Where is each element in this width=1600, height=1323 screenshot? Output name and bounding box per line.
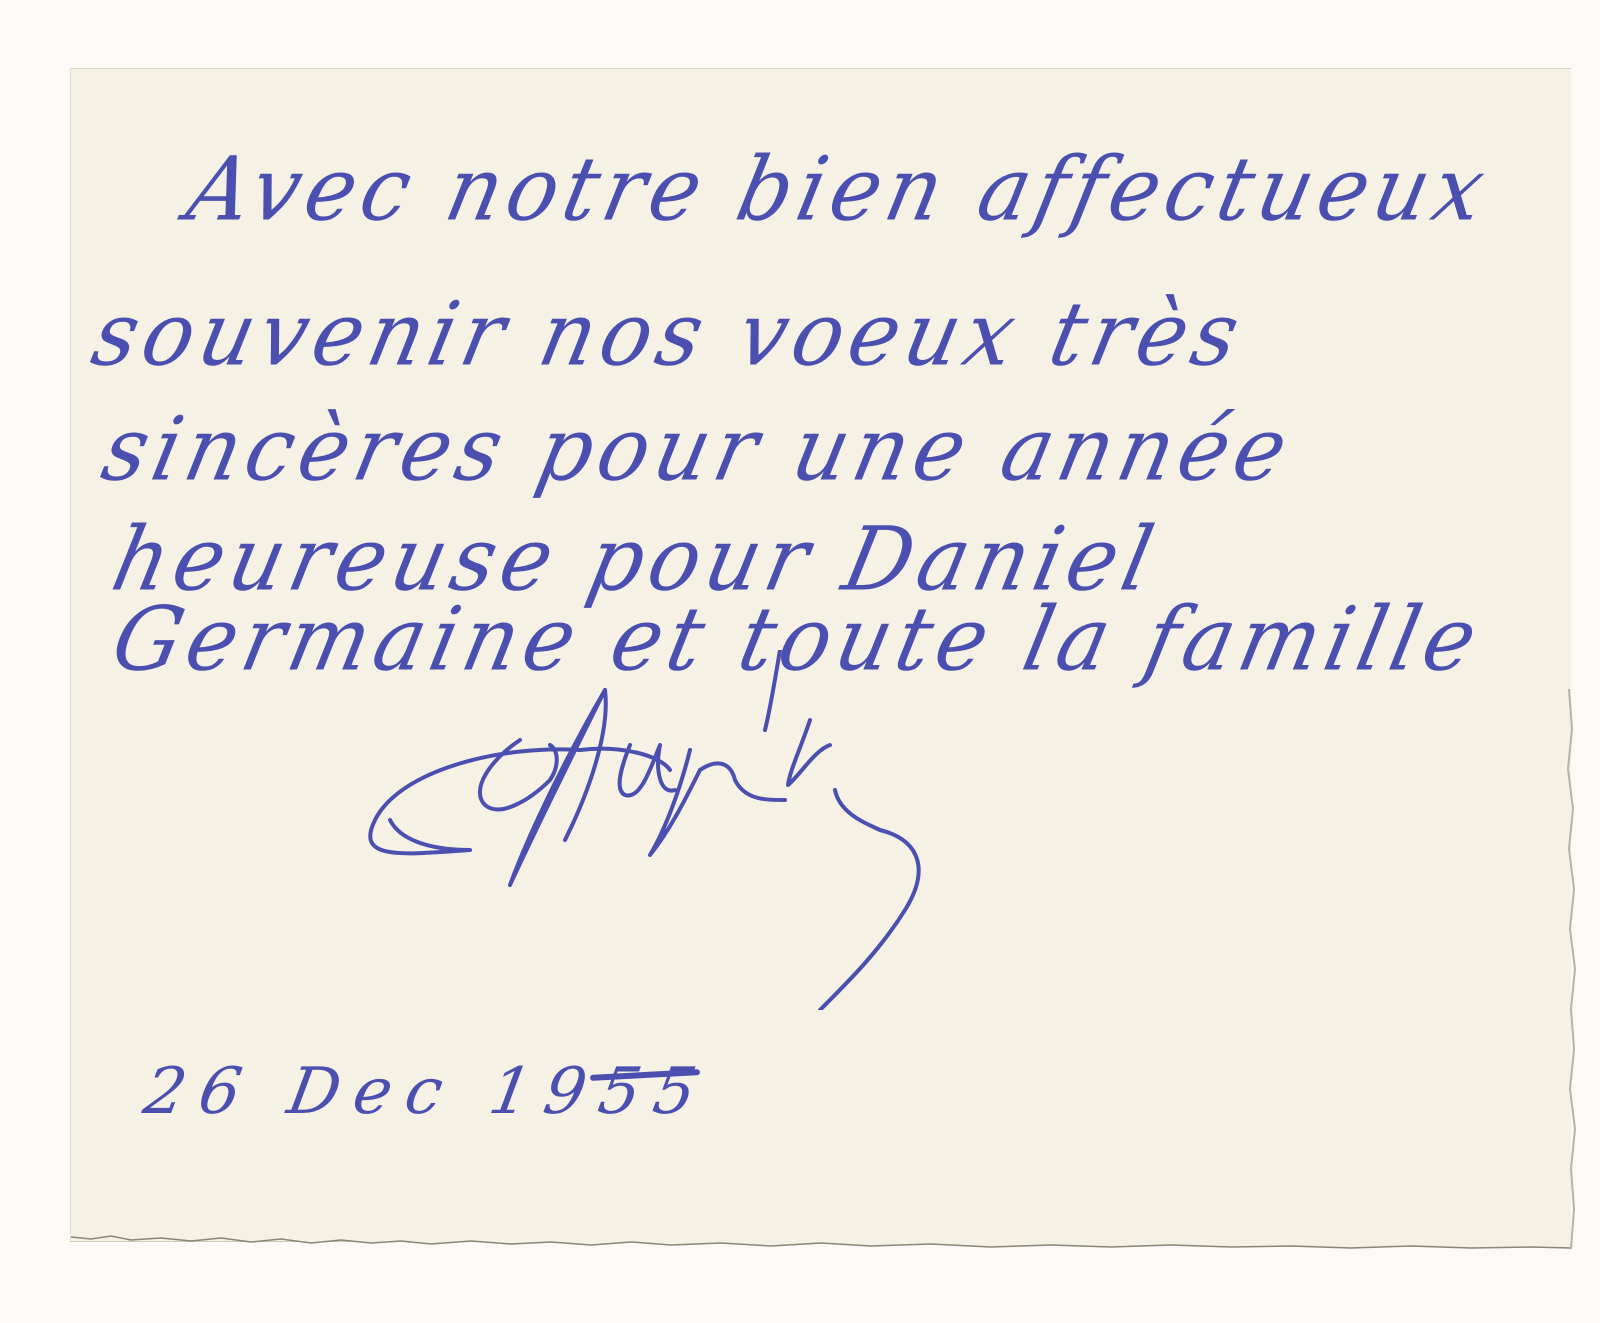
message-line-1: Avec notre bien affectueux [179, 138, 1499, 241]
deckled-right-edge [1565, 689, 1577, 1249]
scanned-document: Avec notre bien affectueux souvenir nos … [0, 0, 1600, 1323]
signature-flourish [360, 650, 1420, 1010]
deckled-bottom-edge [71, 1235, 1571, 1249]
date: 26 Dec 1955 [138, 1055, 715, 1129]
message-line-2: souvenir nos voeux très [84, 283, 1254, 386]
message-line-3: sincères pour une année [94, 398, 1302, 501]
